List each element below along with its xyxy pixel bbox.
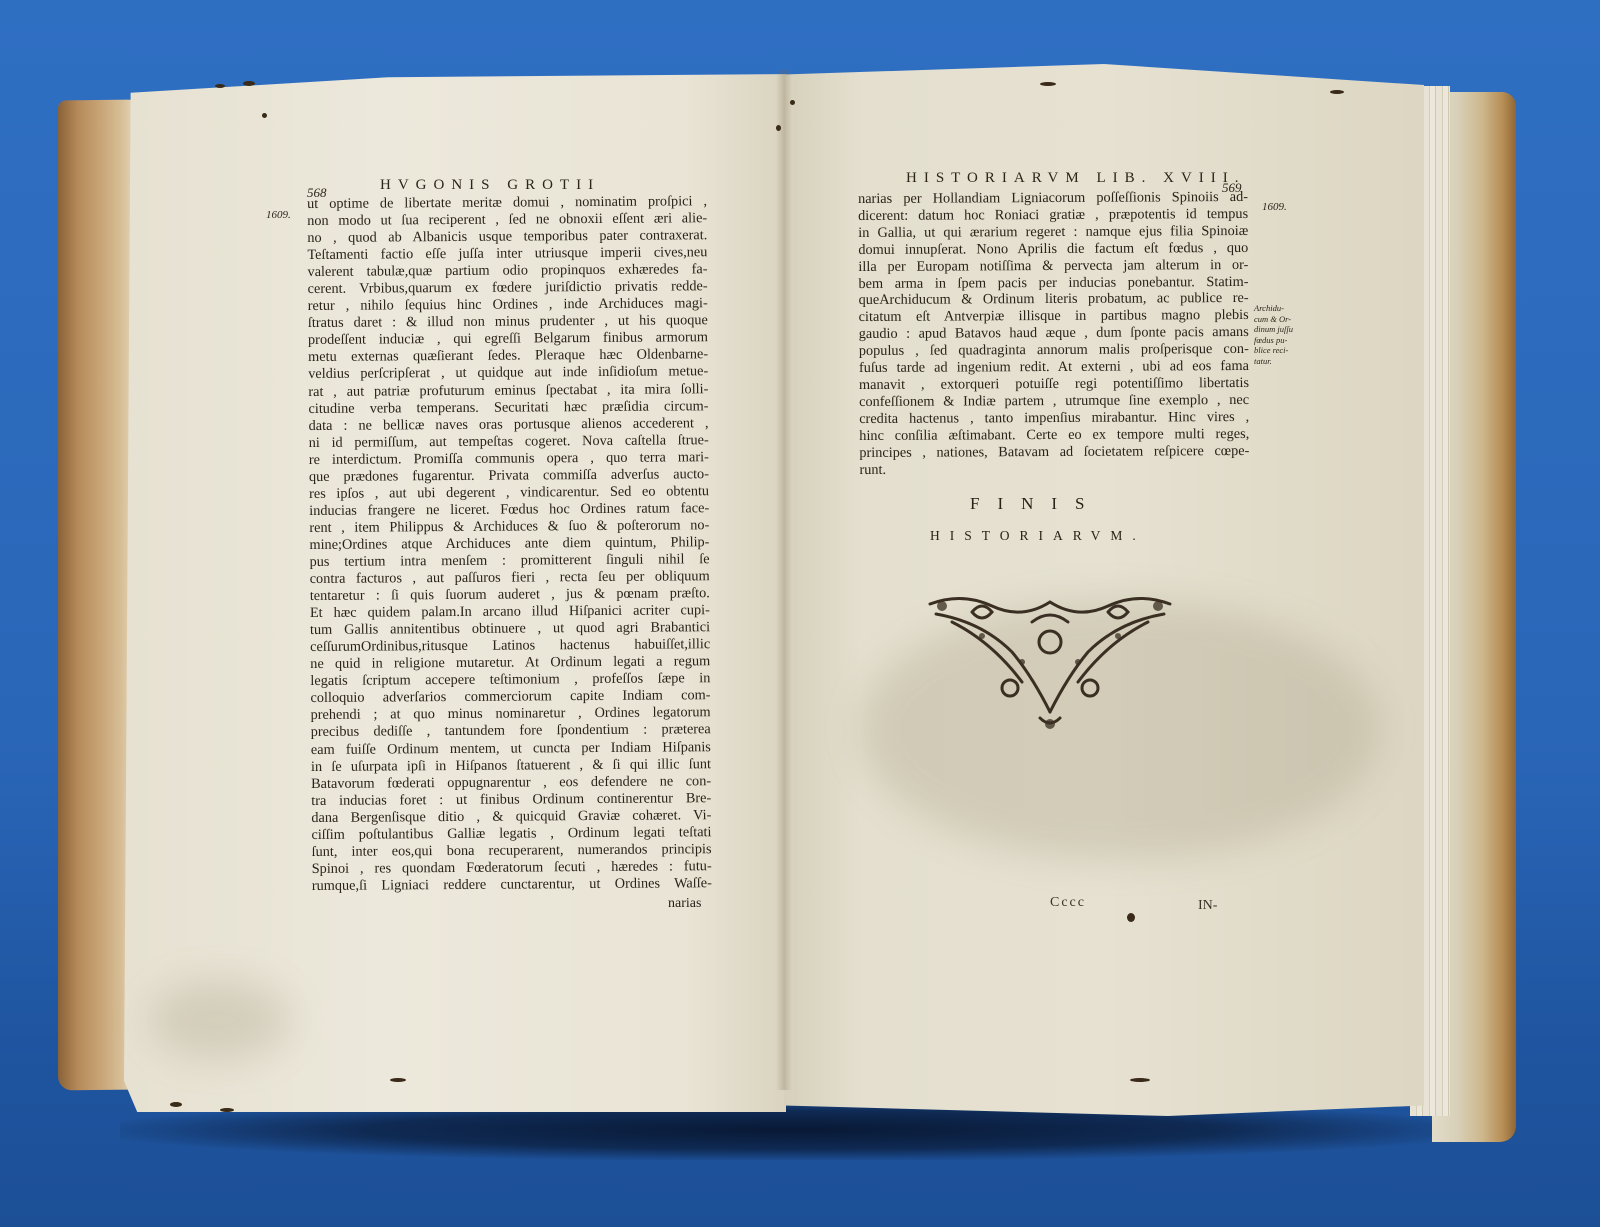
text-line: dicerent: datum hoc Roniaci gratiæ , præ… xyxy=(858,206,1248,225)
text-line: populus , ſed quadraginta annorum malis … xyxy=(859,341,1249,360)
text-line: precibus dediſſe , tantundem fore ſponde… xyxy=(311,722,711,742)
worm-hole xyxy=(776,125,781,131)
margin-note-line: cum & Or- xyxy=(1254,314,1304,325)
text-line: manavit , extorqueri potuiſſe regi poten… xyxy=(859,375,1249,394)
text-line: confeſſionem & Indiæ partem , utrumque ſ… xyxy=(859,392,1249,411)
text-line: rat , aut patriæ profuturum eminus ſpect… xyxy=(308,381,708,401)
body-text-right: narias per Hollandiam Ligniacorum poſſeſ… xyxy=(858,189,1249,478)
text-line: fuſus tarde ad ingenium redit. At extern… xyxy=(859,358,1249,377)
text-line: narias per Hollandiam Ligniacorum poſſeſ… xyxy=(858,189,1248,208)
finis-subheading: HISTORIARVM. xyxy=(930,528,1146,544)
finis-heading: FINIS xyxy=(970,494,1103,514)
catchword-right: IN- xyxy=(1198,898,1217,914)
text-line: bem arma in ſpem pacis per inducias pone… xyxy=(858,273,1248,292)
text-line: domui innupſerat. Nono Aprilis die factu… xyxy=(858,240,1248,259)
margin-note: Archidu-cum & Or-dinum juſſufœdus pu-bli… xyxy=(1254,303,1304,366)
worm-hole xyxy=(1040,82,1056,86)
text-line: illa per Europam notiſſima & pervecta ja… xyxy=(858,257,1248,276)
catchword-left: narias xyxy=(668,896,701,912)
text-line: citatum eſt Antverpiæ illisque in partib… xyxy=(859,307,1249,326)
margin-year-left: 1609. xyxy=(266,209,291,221)
text-line: rumque,ſi Ligniaci reddere cunctarentur,… xyxy=(312,875,712,895)
worm-hole xyxy=(220,1108,234,1112)
text-line: gaudio : apud Batavos haud æque , dum ſp… xyxy=(859,324,1249,343)
running-head-left: HVGONIS GROTII xyxy=(380,177,600,194)
paper-stain xyxy=(150,980,290,1060)
margin-note-line: Archidu- xyxy=(1254,303,1304,314)
worm-hole xyxy=(390,1078,406,1082)
margin-note-line: dinum juſſu xyxy=(1254,324,1304,335)
worm-hole xyxy=(170,1102,182,1107)
text-line: principes , nationes, Batavam ad ſocieta… xyxy=(859,443,1249,462)
running-head-right: HISTORIARVM LIB. XVIII. xyxy=(906,170,1246,187)
body-text-left: ut optime de libertate meritæ domui , no… xyxy=(307,193,712,895)
worm-hole xyxy=(1330,90,1344,94)
text-line: in Gallia, ut qui ærarium regeret : namq… xyxy=(858,223,1248,242)
worm-hole xyxy=(790,100,795,105)
margin-note-line: tatur. xyxy=(1254,356,1304,367)
text-line: queArchiducum & Ordinum literis probatum… xyxy=(859,290,1249,309)
worm-hole xyxy=(243,81,255,86)
text-line: credita hactenus , tanto impenſius mirab… xyxy=(859,409,1249,428)
margin-year-right: 1609. xyxy=(1262,201,1287,213)
worm-hole xyxy=(215,84,225,88)
text-line: hinc conſilia æſtimabant. Certe eo ex te… xyxy=(859,426,1249,445)
margin-note-line: blice reci- xyxy=(1254,345,1304,356)
text-line: runt. xyxy=(859,459,1249,478)
worm-hole xyxy=(1127,913,1135,922)
worm-hole xyxy=(262,113,267,118)
text-line: veldius perſcripſerat , ut quidque aut i… xyxy=(308,364,708,384)
signature-mark: Cccc xyxy=(1050,895,1086,911)
worm-hole xyxy=(1130,1078,1150,1082)
floral-ornament-icon xyxy=(922,592,1178,732)
text-line: eam fuiſſe Ordinum mentem, ut cuncta per… xyxy=(311,739,711,759)
book-gutter xyxy=(776,70,792,1090)
margin-note-line: fœdus pu- xyxy=(1254,335,1304,346)
